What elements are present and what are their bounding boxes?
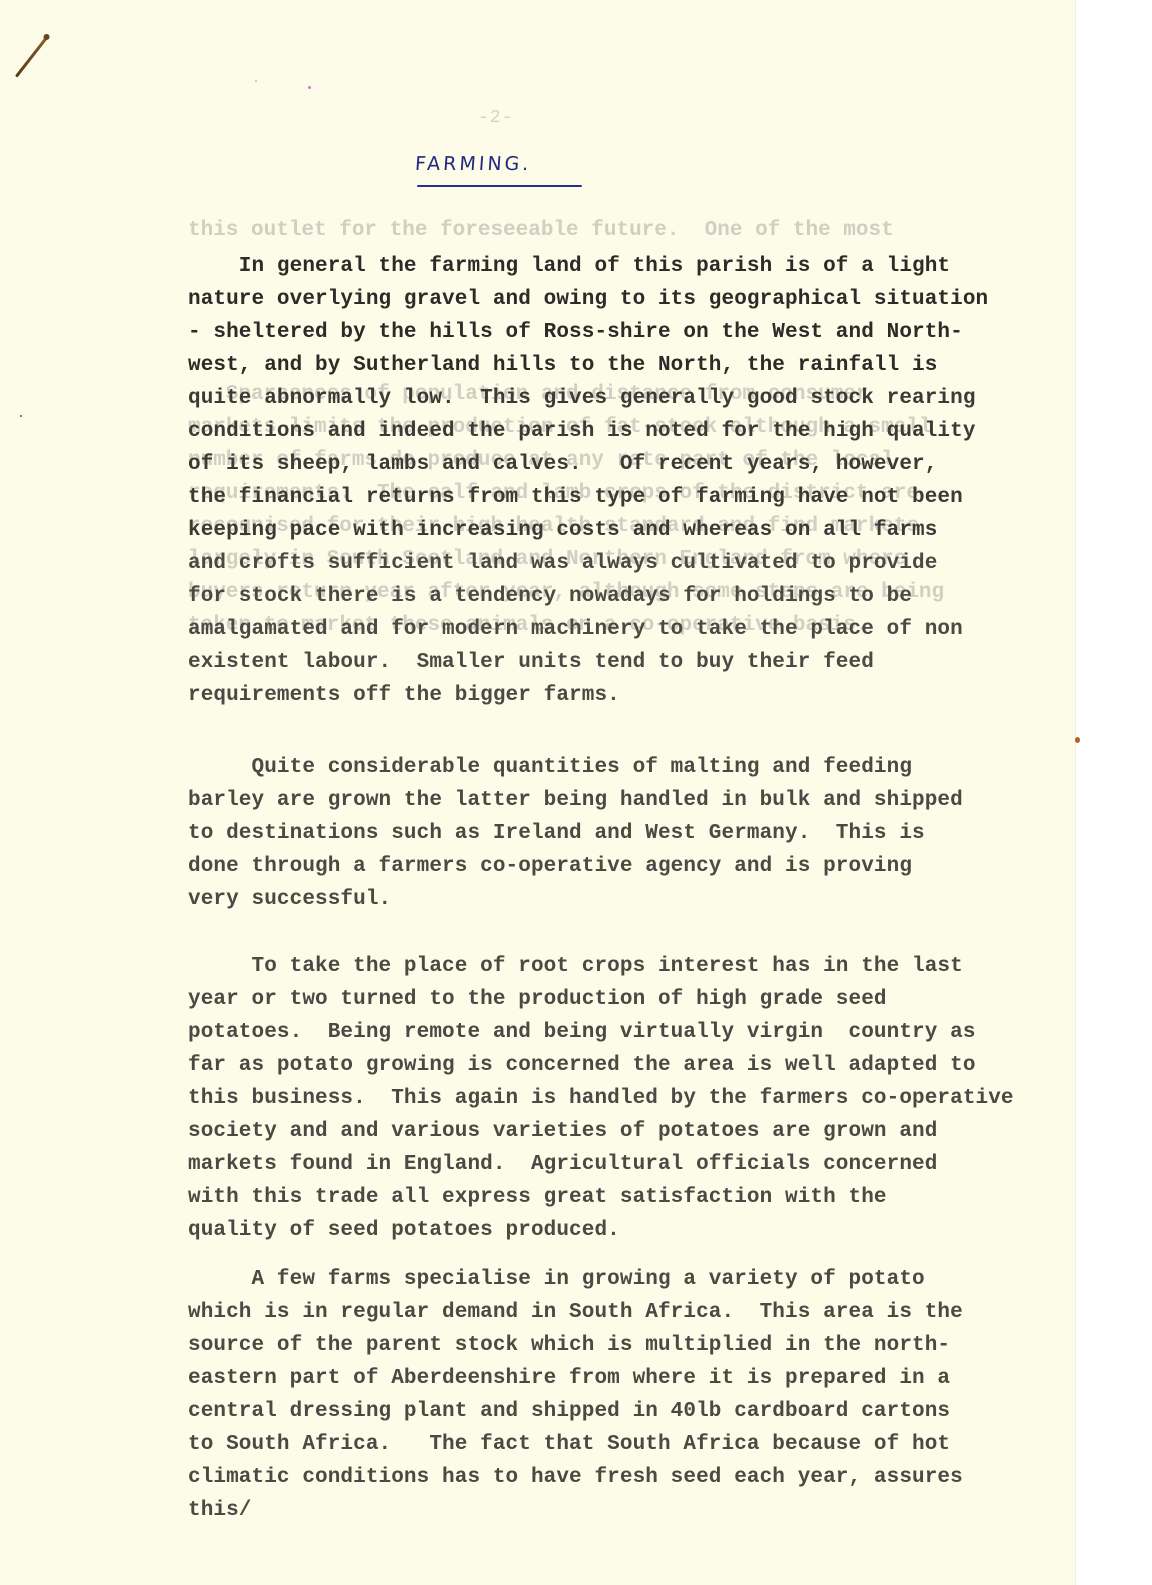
text-line: to destinations such as Ireland and West… [188,817,1068,850]
text-line: of its sheep, lambs and calves. Of recen… [188,448,1068,481]
text-line: - sheltered by the hills of Ross-shire o… [188,316,1068,349]
text-line: markets found in England. Agricultural o… [188,1148,1068,1181]
paragraph-farming-land: In general the farming land of this pari… [188,250,1068,712]
text-line: the financial returns from this type of … [188,481,1068,514]
text-line: Quite considerable quantities of malting… [188,751,1068,784]
text-line: which is in regular demand in South Afri… [188,1296,1068,1329]
text-line: west, and by Sutherland hills to the Nor… [188,349,1068,382]
text-line: for stock there is a tendency nowadays f… [188,580,1068,613]
text-line: A few farms specialise in growing a vari… [188,1263,1068,1296]
text-line: quality of seed potatoes produced. [188,1214,1068,1247]
text-line: potatoes. Being remote and being virtual… [188,1016,1068,1049]
document-page: -2- FARMING. this outlet for the foresee… [0,0,1075,1585]
text-line: To take the place of root crops interest… [188,950,1068,983]
text-line: to South Africa. The fact that South Afr… [188,1428,1068,1461]
text-line: society and and various varieties of pot… [188,1115,1068,1148]
text-line: very successful. [188,883,1068,916]
text-line: and crofts sufficient land was always cu… [188,547,1068,580]
text-line: this business. This again is handled by … [188,1082,1068,1115]
text-line: In general the farming land of this pari… [188,250,1068,283]
text-line: quite abnormally low. This gives general… [188,382,1068,415]
text-line: central dressing plant and shipped in 40… [188,1395,1068,1428]
text-line: nature overlying gravel and owing to its… [188,283,1068,316]
text-line: requirements off the bigger farms. [188,679,1068,712]
bleed-through-text: this outlet for the foreseeable future. … [188,0,1038,253]
paragraph-barley: Quite considerable quantities of malting… [188,751,1068,916]
text-line: climatic conditions has to have fresh se… [188,1461,1068,1494]
text-line: with this trade all express great satisf… [188,1181,1068,1214]
text-line: source of the parent stock which is mult… [188,1329,1068,1362]
paragraph-seed-potatoes: To take the place of root crops interest… [188,950,1068,1247]
paragraph-south-africa: A few farms specialise in growing a vari… [188,1263,1068,1527]
text-line: amalgamated and for modern machinery to … [188,613,1068,646]
text-line: done through a farmers co-operative agen… [188,850,1068,883]
text-line: eastern part of Aberdeenshire from where… [188,1362,1068,1395]
text-line: conditions and indeed the parish is note… [188,415,1068,448]
text-line: this/ [188,1494,1068,1527]
rust-speck [1075,737,1080,743]
dust-speck [20,415,22,417]
text-line: year or two turned to the production of … [188,983,1068,1016]
bleed-line: this outlet for the foreseeable future. … [188,219,894,242]
text-line: existent labour. Smaller units tend to b… [188,646,1068,679]
text-line: barley are grown the latter being handle… [188,784,1068,817]
text-line: keeping pace with increasing costs and w… [188,514,1068,547]
text-line: far as potato growing is concerned the a… [188,1049,1068,1082]
staple-mark [15,36,48,77]
